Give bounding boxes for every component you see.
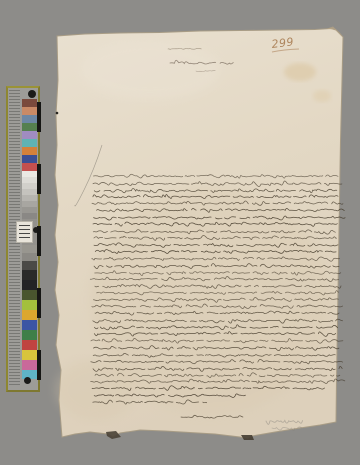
photo-stage: 299 (0, 0, 360, 465)
torn-chip (241, 435, 254, 440)
folio-number: 299 (271, 35, 295, 51)
edge-speck (56, 112, 59, 115)
manuscript-photo: 299 (0, 0, 360, 465)
